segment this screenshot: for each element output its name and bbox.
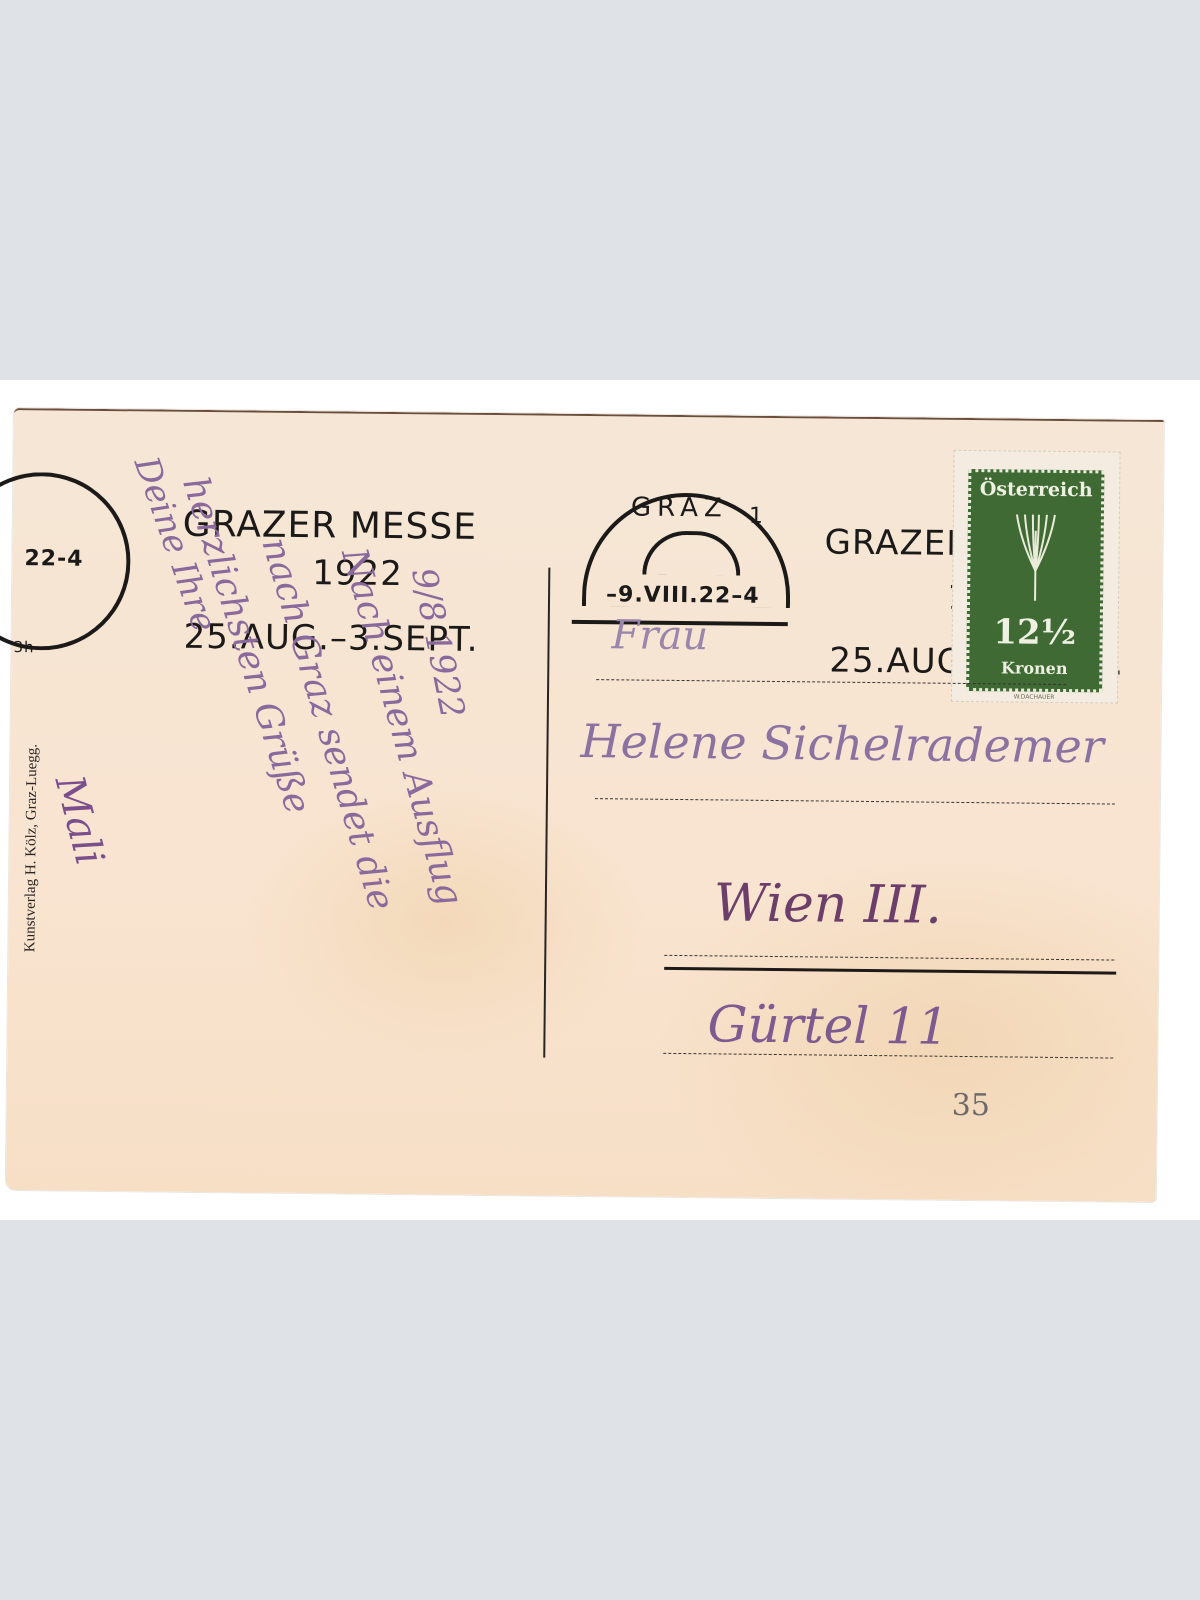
graz-postmark-office: 1 <box>749 504 764 529</box>
address-city: Wien III. <box>714 873 943 935</box>
stamp-designer: W.DACHAUER <box>969 693 1099 701</box>
postage-stamp: Österreich 12½ Kronen W.DACHAUER <box>951 450 1121 704</box>
address-street: Gürtel 11 <box>707 995 949 1056</box>
message-signature: Mali <box>46 771 113 870</box>
stamp-country: Österreich <box>971 478 1101 501</box>
publisher-imprint: Kunstverlag H. Kölz, Graz-Luegg. <box>22 744 41 952</box>
card-divider-line <box>543 568 550 1058</box>
graz-postmark-city: GRAZ <box>631 492 728 523</box>
address-line-2 <box>595 798 1115 804</box>
address-line-3 <box>664 955 1114 961</box>
address-underline <box>664 967 1116 975</box>
graz-postmark-date: –9.VIII.22–4 <box>606 582 760 609</box>
address-salutation: Frau <box>611 612 708 659</box>
stamp-value: 12½ <box>969 612 1099 653</box>
postcard-back: Kunstverlag H. Kölz, Graz-Luegg. 22-4 3h… <box>6 408 1164 1202</box>
wheat-icon <box>1010 510 1061 606</box>
address-name: Helene Sichelrademer <box>580 714 1104 773</box>
left-postmark-date: 22-4 <box>24 546 83 572</box>
stamp-design: Österreich 12½ Kronen W.DACHAUER <box>966 469 1104 692</box>
left-postmark-suffix: 3h <box>13 638 34 656</box>
pencil-price-note: 35 <box>952 1088 991 1123</box>
stamp-currency: Kronen <box>969 658 1099 678</box>
